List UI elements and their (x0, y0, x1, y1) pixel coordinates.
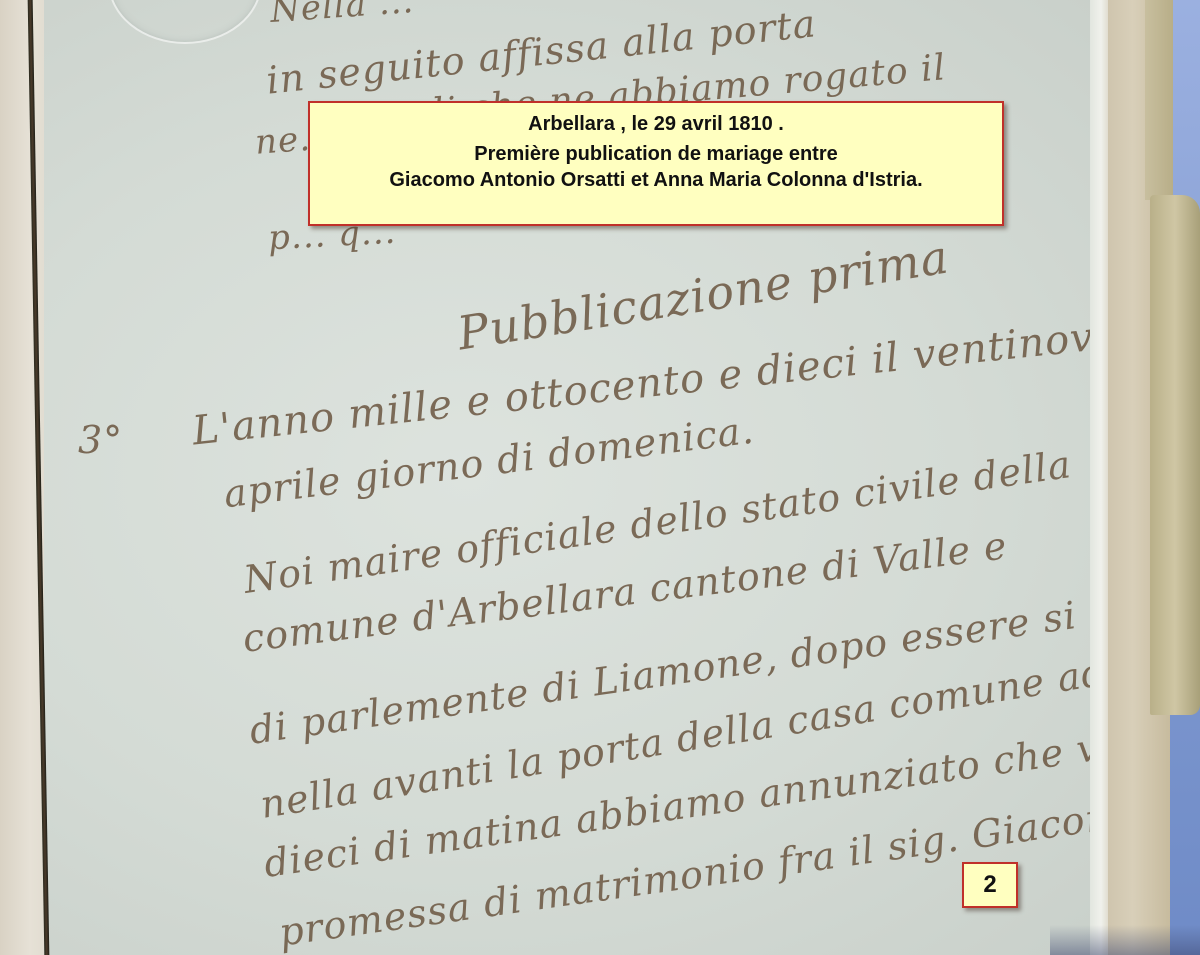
caption-date: Arbellara , le 29 avril 1810 . (310, 111, 1002, 137)
caption-names: Giacomo Antonio Orsatti et Anna Maria Co… (310, 167, 1002, 193)
caption-title: Première publication de mariage entre (310, 141, 1002, 167)
paper-fold-curled (1150, 195, 1200, 715)
entry-number: 3° (78, 418, 123, 462)
corner-shadow (1050, 925, 1200, 955)
page-number-badge: 2 (962, 862, 1018, 908)
paper-fold-upper (1145, 0, 1173, 200)
caption-box: Arbellara , le 29 avril 1810 . Première … (308, 101, 1004, 226)
